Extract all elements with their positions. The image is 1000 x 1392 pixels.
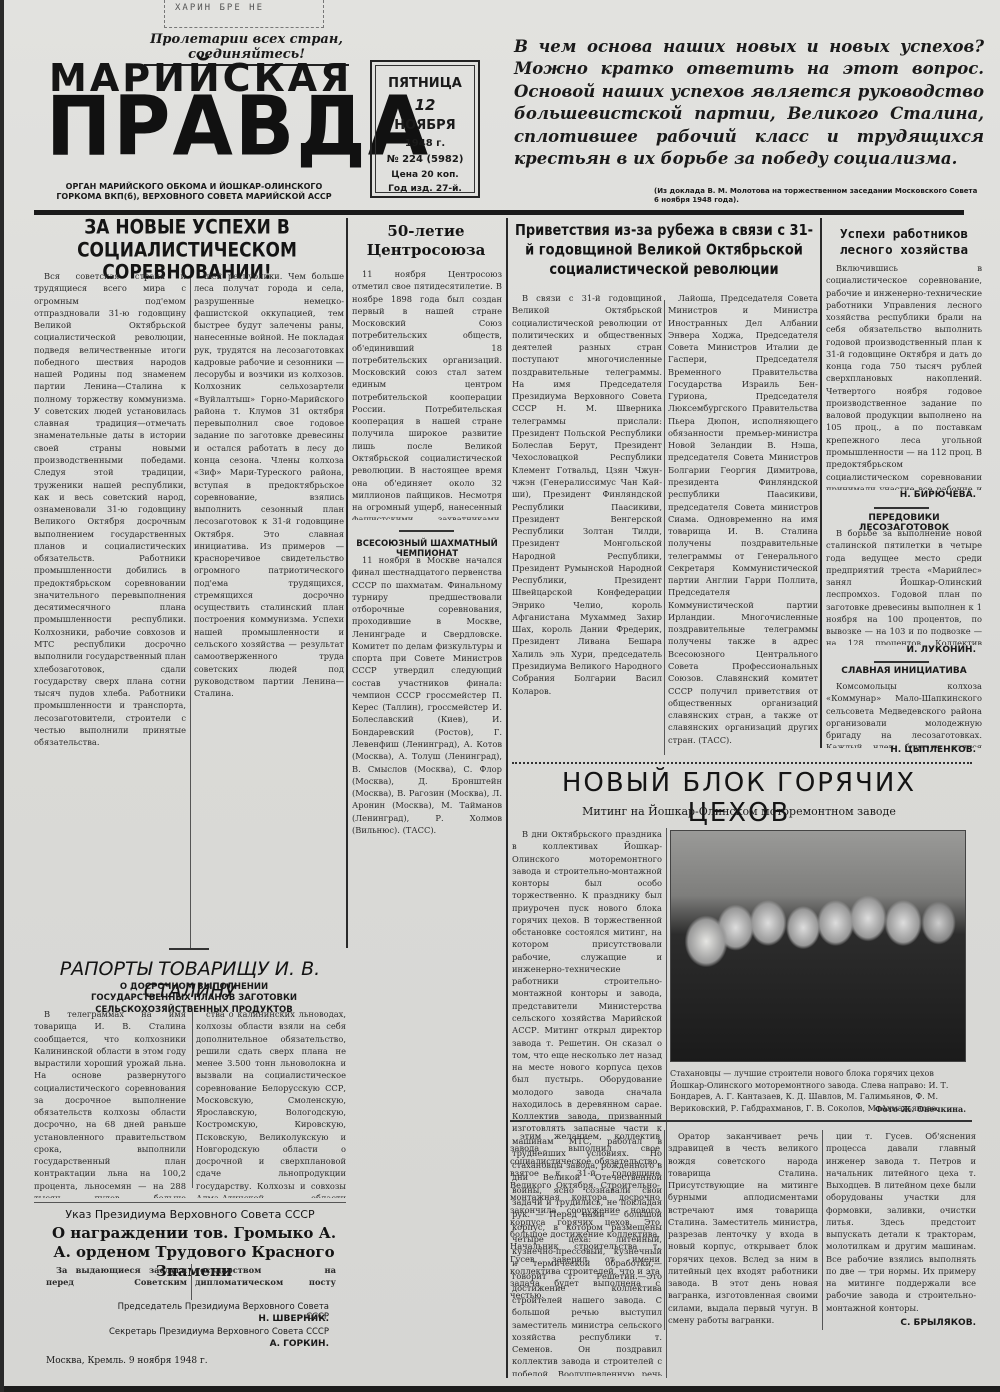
greetings-column-2: Лайоша, Председателя Совета Министров и … xyxy=(668,292,818,752)
decree-place-date: Москва, Кремль. 9 ноября 1948 г. xyxy=(46,1356,246,1366)
chess-text: 11 ноября в Москве начался финал шестнад… xyxy=(352,554,502,944)
centrosoyuz-text: 11 ноября Центросоюз отметил свое пятиде… xyxy=(352,268,502,520)
masthead-organ-line: ОРГАН МАРИЙСКОГО ОБКОМА И ЙОШКАР-ОЛИНСКО… xyxy=(44,182,344,203)
issue-number: № 224 (5982) xyxy=(372,152,478,168)
column-rule xyxy=(506,218,508,1378)
decree-signer2-name: А. ГОРКИН. xyxy=(104,1339,329,1349)
column-rule xyxy=(666,828,667,1378)
photo-credit: Фото Ж. Овечкина. xyxy=(670,1104,966,1116)
forestry-text: Включившись в социалистическое соревнова… xyxy=(826,262,982,490)
forestry-sub1-signature: И. ЛУКОНИН. xyxy=(826,645,976,655)
hot-shops-column-4: ции т. Гусев. Об'яснения процесса давали… xyxy=(826,1130,976,1315)
section-divider xyxy=(169,948,209,950)
section-divider xyxy=(34,1202,346,1203)
column-rule xyxy=(190,268,191,948)
issue-volume: Год изд. 27-й. xyxy=(372,182,478,196)
forestry-headline: Успехи работников лесного хозяйства xyxy=(824,226,984,259)
centrosoyuz-headline: 50-летие Центросоюза xyxy=(350,222,502,260)
column-rule xyxy=(664,1130,665,1330)
section-divider xyxy=(874,507,929,509)
section-divider xyxy=(512,762,972,766)
hot-shops-signature: С. БРЫЛЯКОВ. xyxy=(826,1318,976,1328)
forestry-sub1-text: В борьбе за выполнение новой сталинской … xyxy=(826,527,982,645)
issue-day: 12 xyxy=(372,94,478,117)
decree-preheadline: Указ Президиума Верховного Совета СССР xyxy=(34,1208,346,1221)
issue-year: 1948 г. xyxy=(372,136,478,152)
column-rule xyxy=(192,1008,193,1188)
column-rule xyxy=(346,218,348,948)
workers-group-photo xyxy=(670,830,966,1062)
reports-column-1: В телеграммах на имя товарища И. В. Стал… xyxy=(34,1008,186,1198)
section-divider xyxy=(874,661,929,663)
masthead-rule xyxy=(34,210,964,215)
hot-shops-column-2: этим желанием, коллектив завода выполнил… xyxy=(510,1130,660,1320)
forestry-sub2-text: Комсомольцы колхоза «Коммунар» Мало-Шапк… xyxy=(826,680,982,748)
forestry-sub2-signature: Н. ЦЫПЛЕНКОВ. xyxy=(826,745,976,755)
section-divider xyxy=(510,1120,972,1122)
column-rule xyxy=(822,1130,823,1330)
masthead-title-line2: ПРАВДА xyxy=(46,86,331,168)
decree-signer1-name: Н. ШВЕРНИК. xyxy=(104,1314,329,1324)
epigraph-quote: В чем основа наших новых и новых успехов… xyxy=(514,36,984,171)
issue-price: Цена 20 коп. xyxy=(372,168,478,182)
forestry-sub2-headline: СЛАВНАЯ ИНИЦИАТИВА xyxy=(824,666,984,676)
editorial-column-2: шей республики. Чем больше леса получат … xyxy=(194,270,344,940)
issue-month: НОЯБРЯ xyxy=(372,116,478,136)
section-divider xyxy=(399,530,454,532)
forestry-signature: Н. БИРЮЧЕВА. xyxy=(826,490,976,500)
issue-date-box: ПЯТНИЦА 12 НОЯБРЯ 1948 г. № 224 (5982) Ц… xyxy=(370,60,480,198)
issue-weekday: ПЯТНИЦА xyxy=(372,74,478,94)
reports-column-2: ства о калининских льноводах, колхозы об… xyxy=(196,1008,346,1198)
hot-shops-subheadline: Митинг на Йошкар-Олинском моторемонтном … xyxy=(509,805,969,818)
greetings-headline: Приветствия из-за рубежа в связи с 31-й … xyxy=(512,222,816,280)
decree-text: За выдающиеся заслуги перед Советским го… xyxy=(46,1264,336,1300)
greetings-column-1: В связи с 31-й годовщиной Великой Октябр… xyxy=(512,292,662,752)
newspaper-page: ХАРИН БРЕ НЕ Пролетарии всех стран, соед… xyxy=(0,0,1000,1392)
page-edge xyxy=(4,1386,1000,1392)
hot-shops-headline: НОВЫЙ БЛОК ГОРЯЧИХ ЦЕХОВ xyxy=(509,768,969,828)
column-rule xyxy=(664,300,665,755)
epigraph-source: (Из доклада В. М. Молотова на торжествен… xyxy=(654,187,984,205)
editorial-column-1: Вся советская страна и трудящиеся всего … xyxy=(34,270,186,940)
hot-shops-column-3: Оратор заканчивает речь здравицей в чест… xyxy=(668,1130,818,1330)
decree-signer2-title: Секретарь Президиума Верховного Совета С… xyxy=(104,1327,329,1337)
column-rule xyxy=(820,218,822,748)
library-stamp: ХАРИН БРЕ НЕ xyxy=(164,0,324,28)
